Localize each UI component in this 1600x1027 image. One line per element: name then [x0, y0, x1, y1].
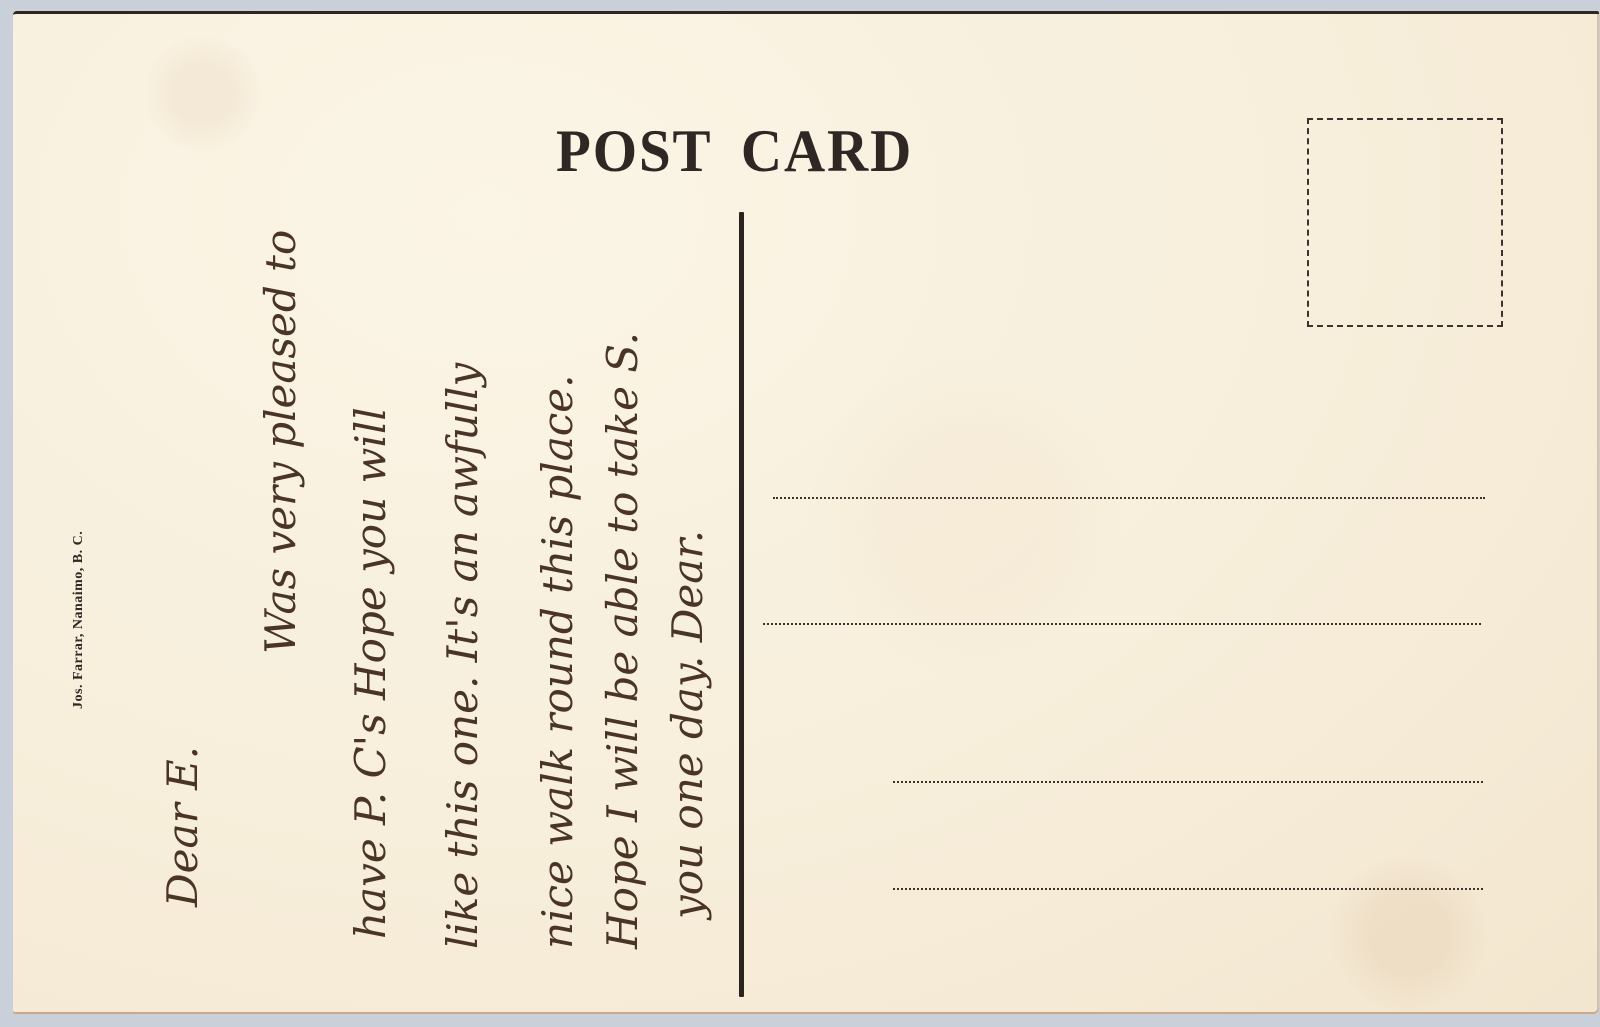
address-line-3 [893, 781, 1483, 783]
address-line-4 [893, 888, 1483, 890]
message-line-3: have P. C's Hope you will [346, 407, 395, 939]
publisher-imprint: Jos. Farrar, Nanaimo, B. C. [71, 531, 87, 709]
message-line-4: like this one. It's an awfully [438, 363, 487, 949]
stamp-placement-box [1307, 118, 1503, 327]
postcard-back: POST CARD Jos. Farrar, Nanaimo, B. C. De… [13, 11, 1599, 1014]
center-divider-line [739, 212, 744, 997]
post-card-heading: POST CARD [556, 117, 913, 186]
message-line-2: Was very pleased to [256, 230, 305, 654]
address-line-1 [773, 497, 1485, 499]
message-line-7: you one day. Dear. [663, 530, 712, 919]
message-line-6: Hope I will be able to take S. [598, 332, 647, 949]
message-line-5: nice walk round this place. [533, 375, 582, 950]
message-line-1: Dear E. [158, 746, 207, 907]
address-line-2 [763, 623, 1481, 625]
